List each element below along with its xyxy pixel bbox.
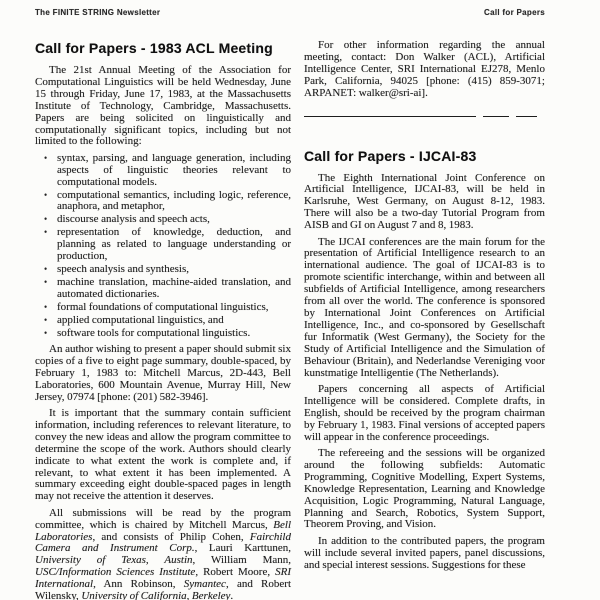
ijcai-intro-paragraph: The Eighth International Joint Conferenc… [304,173,545,233]
ijcai-sponsors-paragraph: The IJCAI conferences are the main forum… [304,237,545,380]
topic-item: •syntax, parsing, and language generatio… [35,153,291,189]
running-header: The FINITE STRING Newsletter Call for Pa… [35,8,545,17]
bullet-icon: • [44,328,47,340]
topic-item-text: representation of knowledge, deduction, … [57,226,291,262]
left-column: Call for Papers - 1983 ACL Meeting The 2… [35,40,291,600]
acl-submission-paragraph: An author wishing to present a paper sho… [35,344,291,404]
bullet-icon: • [44,190,47,202]
bullet-icon: • [44,277,47,289]
running-header-newsletter-title: The FINITE STRING Newsletter [35,8,160,17]
bullet-icon: • [44,153,47,165]
document-page: The FINITE STRING Newsletter Call for Pa… [0,0,600,600]
acl-topics-list: •syntax, parsing, and language generatio… [35,153,291,340]
divider-segment [516,116,537,118]
topic-item-text: syntax, parsing, and language generation… [57,152,291,188]
topic-item: •formal foundations of computational lin… [35,302,291,314]
topic-item: •computational semantics, including logi… [35,190,291,214]
topic-item: •discourse analysis and speech acts, [35,214,291,226]
bullet-icon: • [44,315,47,327]
running-header-section-title: Call for Papers [484,8,545,17]
divider-segment [483,116,509,118]
ijcai-subfields-paragraph: The refereeing and the sessions will be … [304,448,545,531]
two-column-body: Call for Papers - 1983 ACL Meeting The 2… [35,40,545,600]
acl-program-committee-paragraph: All submissions will be read by the prog… [35,508,291,600]
topic-item-text: machine translation, machine-aided trans… [57,276,291,300]
topic-item-text: speech analysis and synthesis, [57,263,189,275]
topic-item-text: formal foundations of computational ling… [57,301,269,313]
section-divider [304,116,545,118]
acl-meeting-heading: Call for Papers - 1983 ACL Meeting [35,40,291,56]
bullet-icon: • [44,227,47,239]
divider-segment [304,116,476,118]
bullet-icon: • [44,214,47,226]
topic-item: •representation of knowledge, deduction,… [35,227,291,263]
ijcai-program-paragraph: In addition to the contributed papers, t… [304,536,545,572]
topic-item: •speech analysis and synthesis, [35,264,291,276]
topic-item: •applied computational linguistics, and [35,315,291,327]
acl-contact-paragraph: For other information regarding the annu… [304,40,545,100]
acl-summary-requirements-paragraph: It is important that the summary contain… [35,408,291,503]
topic-item-text: discourse analysis and speech acts, [57,213,210,225]
topic-item: •machine translation, machine-aided tran… [35,277,291,301]
bullet-icon: • [44,302,47,314]
acl-intro-paragraph: The 21st Annual Meeting of the Associati… [35,65,291,148]
topic-item-text: applied computational linguistics, and [57,314,224,326]
right-column: For other information regarding the annu… [304,40,545,600]
ijcai-heading: Call for Papers - IJCAI-83 [304,148,545,164]
topic-item-text: software tools for computational linguis… [57,327,250,339]
ijcai-drafts-paragraph: Papers concerning all aspects of Artific… [304,384,545,444]
topic-item: •software tools for computational lingui… [35,328,291,340]
bullet-icon: • [44,264,47,276]
topic-item-text: computational semantics, including logic… [57,189,291,213]
